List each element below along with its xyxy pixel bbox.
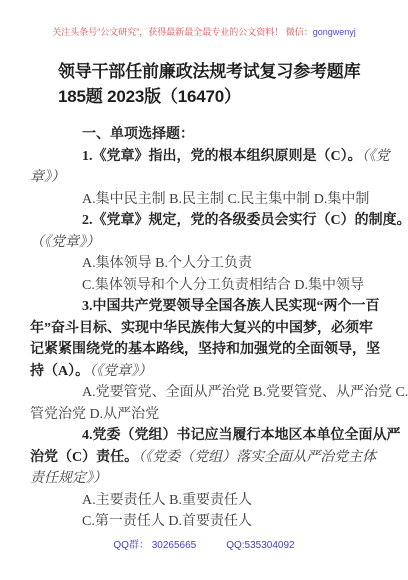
- text-line: A.集中民主制 B.民主制 C.民主集中制 D.集中制: [30, 189, 378, 211]
- footer-contact: QQ群： 30265665QQ:535304092: [0, 539, 408, 552]
- header-notice-text: 关注头条号“公文研究”，获得最新最全最专业的公文资料！ 微信：: [52, 27, 313, 37]
- text-segment: C.第一责任人 D.首要责任人: [82, 514, 252, 529]
- text-segment: 1.《党章》指出，党的根本组织原则是（C）。: [82, 149, 362, 164]
- title-line-2: 185题 2023版（16470）: [58, 84, 390, 109]
- header-notice: 关注头条号“公文研究”，获得最新最全最专业的公文资料！ 微信：gongwenyj: [0, 0, 408, 39]
- text-line: 治党（C）责任。（《党委（党组）落实全面从严治党主体: [30, 447, 378, 469]
- text-segment: 3.中国共产党要领导全国各族人民实现“两个一百: [82, 299, 380, 314]
- text-segment: A.集中民主制 B.民主制 C.民主集中制 D.集中制: [82, 192, 369, 207]
- text-line: A.集体领导 B.个人分工负责: [30, 253, 378, 275]
- text-segment: A.党要管党、全面从严治党 B.党要管党、从严治党 C.: [82, 385, 408, 400]
- text-segment: C.集体领导和个人分工负责相结合 D.集中领导: [82, 278, 364, 293]
- text-segment: 治党（C）责任。: [30, 450, 138, 465]
- text-segment: 4.党委（党组）书记应当履行本地区本单位全面从严: [82, 428, 401, 443]
- text-line: 持（A）。（《党章》）: [30, 361, 378, 383]
- text-segment: （《党委（党组）落实全面从严治党主体: [138, 450, 376, 465]
- text-segment: A.主要责任人 B.重要责任人: [82, 493, 252, 508]
- text-line: 章》）: [30, 167, 378, 189]
- text-line: A.主要责任人 B.重要责任人: [30, 490, 378, 512]
- text-line: 责任规定》）: [30, 468, 378, 490]
- text-segment: 持（A）。: [30, 364, 89, 379]
- text-line: C.集体领导和个人分工负责相结合 D.集中领导: [30, 275, 378, 297]
- document-body: 一、单项选择题：1.《党章》指出，党的根本组织原则是（C）。（《党章》）A.集中…: [30, 124, 378, 533]
- text-line: C.第一责任人 D.首要责任人: [30, 511, 378, 533]
- text-segment: （《党章》）: [89, 364, 152, 379]
- text-segment: 章》）: [30, 170, 65, 185]
- text-line: 1.《党章》指出，党的根本组织原则是（C）。（《党: [30, 146, 378, 168]
- text-line: 年”奋斗目标、实现中华民族伟大复兴的中国梦，必须牢: [30, 318, 378, 340]
- text-line: A.党要管党、全面从严治党 B.党要管党、从严治党 C.: [30, 382, 378, 404]
- text-segment: 2.《党章》规定，党的各级委员会实行（C）的制度。: [82, 213, 408, 228]
- qq-text: QQ:535304092: [226, 540, 294, 551]
- text-segment: 责任规定》）: [30, 471, 107, 486]
- qq-group-text: QQ群： 30265665: [113, 540, 196, 551]
- text-segment: （《党: [362, 149, 390, 164]
- text-line: 一、单项选择题：: [30, 124, 378, 146]
- title-line-1: 领导干部任前廉政法规考试复习参考题库: [58, 59, 390, 84]
- wechat-id: gongwenyj: [313, 27, 356, 37]
- text-line: 3.中国共产党要领导全国各族人民实现“两个一百: [30, 296, 378, 318]
- text-segment: 管党治党 D.从严治党: [30, 407, 159, 422]
- document-page: 关注头条号“公文研究”，获得最新最全最专业的公文资料！ 微信：gongwenyj…: [0, 0, 408, 580]
- text-line: 管党治党 D.从严治党: [30, 404, 378, 426]
- text-segment: 一、单项选择题：: [82, 127, 194, 142]
- text-segment: A.集体领导 B.个人分工负责: [82, 256, 252, 271]
- text-segment: 年”奋斗目标、实现中华民族伟大复兴的中国梦，必须牢: [30, 321, 373, 336]
- text-line: 2.《党章》规定，党的各级委员会实行（C）的制度。: [30, 210, 378, 232]
- text-segment: 记紧紧围绕党的基本路线，坚持和加强党的全面领导，坚: [30, 342, 380, 357]
- text-line: （《党章》）: [30, 232, 378, 254]
- text-segment: （《党章》）: [30, 235, 100, 250]
- text-line: 记紧紧围绕党的基本路线，坚持和加强党的全面领导，坚: [30, 339, 378, 361]
- document-title: 领导干部任前廉政法规考试复习参考题库 185题 2023版（16470）: [58, 59, 390, 109]
- text-line: 4.党委（党组）书记应当履行本地区本单位全面从严: [30, 425, 378, 447]
